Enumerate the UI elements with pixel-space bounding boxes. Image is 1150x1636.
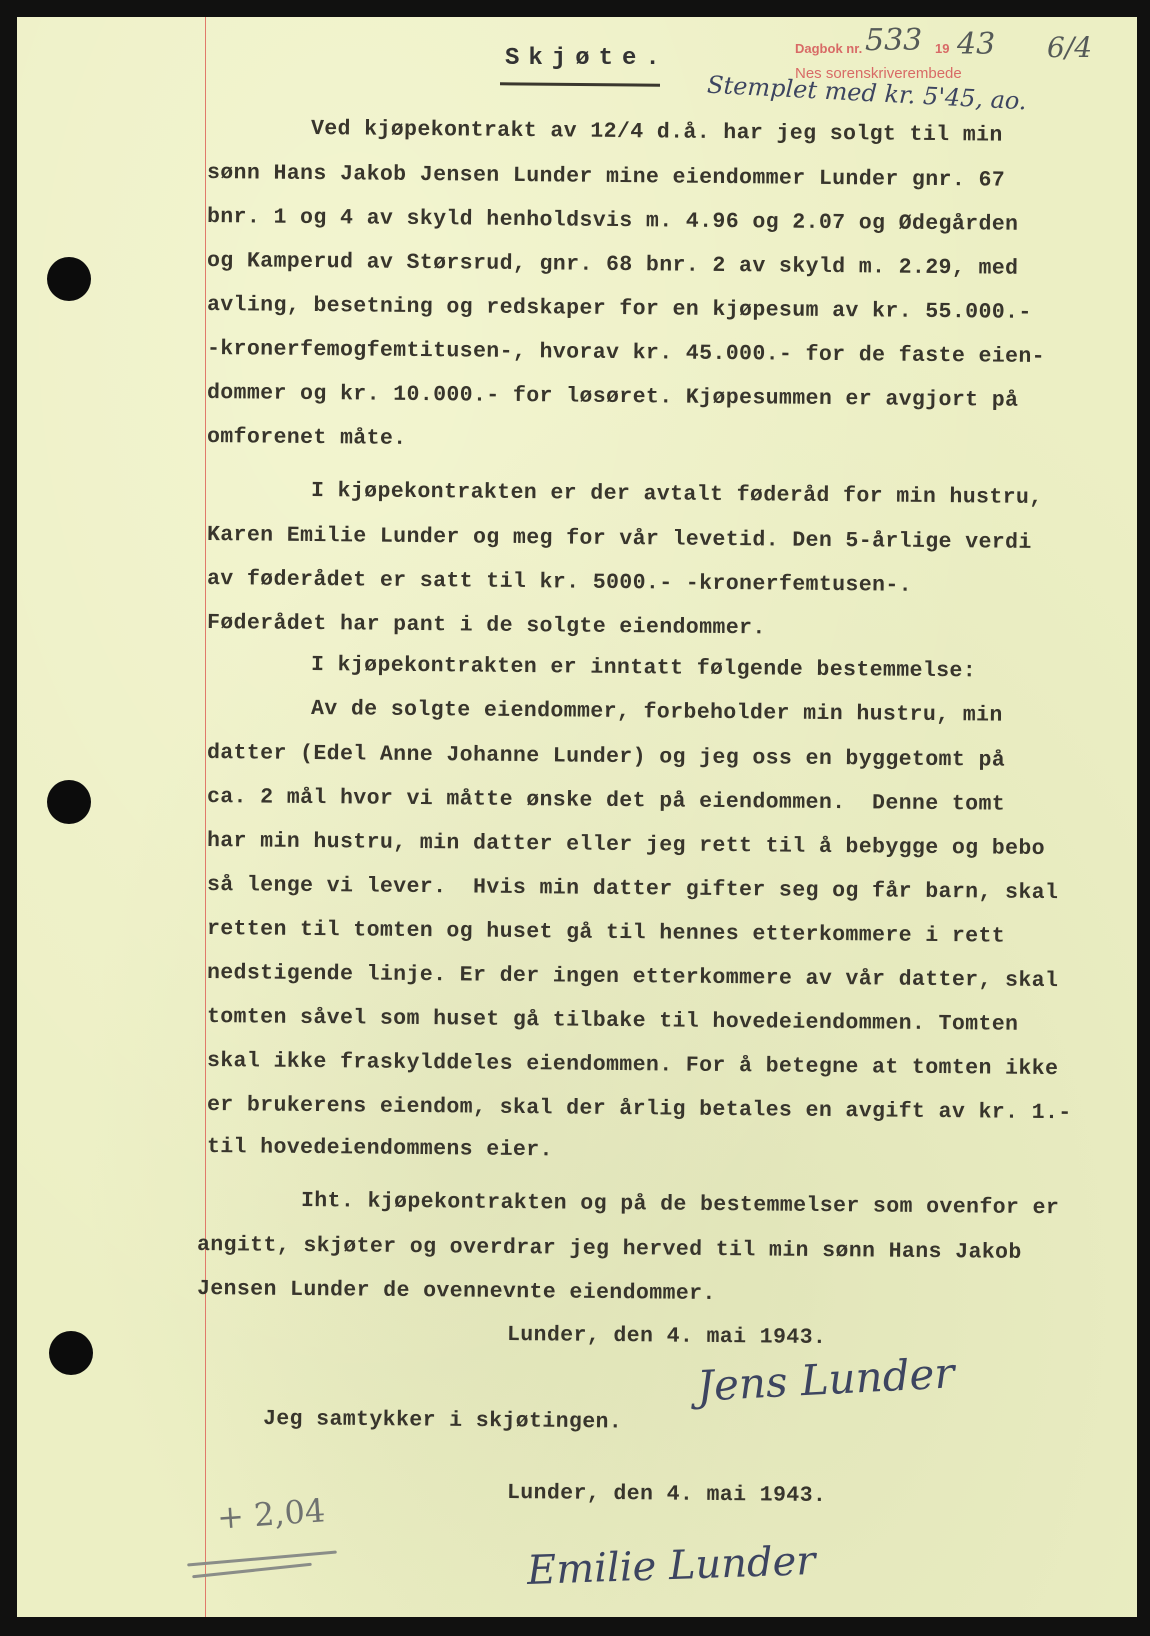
place-date-2: Lunder, den 4. mai 1943.: [507, 1481, 826, 1508]
body-line: retten til tomten og huset gå til hennes…: [207, 917, 1005, 949]
body-line: av føderådet er satt til kr. 5000.- -kro…: [207, 567, 912, 598]
body-line: skal ikke fraskylddeles eiendommen. For …: [207, 1049, 1059, 1081]
body-line: Føderådet har pant i de solgte eiendomme…: [207, 611, 766, 640]
margin-line: [205, 17, 206, 1617]
punch-hole-icon: [47, 780, 91, 824]
place-date-1: Lunder, den 4. mai 1943.: [507, 1323, 826, 1350]
body-line: ca. 2 mål hvor vi måtte ønske det på eie…: [207, 785, 1005, 817]
stamp-date-note: 6/4: [1047, 31, 1092, 64]
body-line: -kronerfemogfemtitusen-, hvorav kr. 45.0…: [207, 337, 1045, 369]
body-line: til hovedeiendommens eier.: [207, 1135, 553, 1162]
pencil-underline: [192, 1563, 312, 1579]
body-line: I kjøpekontrakten er inntatt følgende be…: [311, 653, 976, 683]
signature-emilie-lunder: Emilie Lunder: [526, 1538, 816, 1594]
body-line: så lenge vi lever. Hvis min datter gifte…: [207, 873, 1059, 905]
body-line: Av de solgte eiendommer, forbeholder min…: [311, 697, 1003, 728]
body-line: er brukerens eiendom, skal der årlig bet…: [207, 1093, 1072, 1125]
body-line: I kjøpekontrakten er der avtalt føderåd …: [311, 479, 1043, 510]
body-line: Iht. kjøpekontrakten og på de bestemmels…: [301, 1189, 1059, 1220]
document-title: Skjøte.: [505, 45, 669, 72]
document-page: Skjøte. Dagbok nr. 533 19 43 6/4 Nes sor…: [17, 17, 1137, 1617]
stamp-label: Dagbok nr.: [795, 41, 862, 56]
body-line: tomten såvel som huset gå tilbake til ho…: [207, 1005, 1019, 1037]
body-line: har min hustru, min datter eller jeg ret…: [207, 829, 1045, 861]
stamp-year: 43: [957, 27, 995, 62]
body-line: dommer og kr. 10.000.- for løsøret. Kjøp…: [207, 381, 1019, 413]
body-line: Ved kjøpekontrakt av 12/4 d.å. har jeg s…: [311, 117, 1003, 148]
signature-jens-lunder: Jens Lunder: [696, 1348, 956, 1410]
body-line: omforenet måte.: [207, 425, 407, 451]
body-line: og Kamperud av Størsrud, gnr. 68 bnr. 2 …: [207, 249, 1019, 281]
body-line: Jensen Lunder de ovennevnte eiendommer.: [197, 1277, 716, 1306]
body-line: bnr. 1 og 4 av skyld henholdsvis m. 4.96…: [207, 205, 1019, 237]
body-line: sønn Hans Jakob Jensen Lunder mine eiend…: [207, 161, 1005, 193]
body-line: Karen Emilie Lunder og meg for vår levet…: [207, 523, 1032, 555]
stamp-year-prefix: 19: [935, 41, 949, 56]
body-line: avling, besetning og redskaper for en kj…: [207, 293, 1032, 325]
body-line: datter (Edel Anne Johanne Lunder) og jeg…: [207, 741, 1005, 773]
punch-hole-icon: [49, 1331, 93, 1375]
body-line: nedstigende linje. Er der ingen etterkom…: [207, 961, 1059, 993]
consent-text: Jeg samtykker i skjøtingen.: [263, 1407, 622, 1434]
title-underline: [500, 82, 660, 86]
stamp-number: 533: [865, 23, 922, 58]
pencil-note: + 2,04: [216, 1491, 327, 1536]
body-line: angitt, skjøter og overdrar jeg herved t…: [197, 1233, 1022, 1265]
pencil-underline: [187, 1550, 337, 1566]
punch-hole-icon: [47, 257, 91, 301]
